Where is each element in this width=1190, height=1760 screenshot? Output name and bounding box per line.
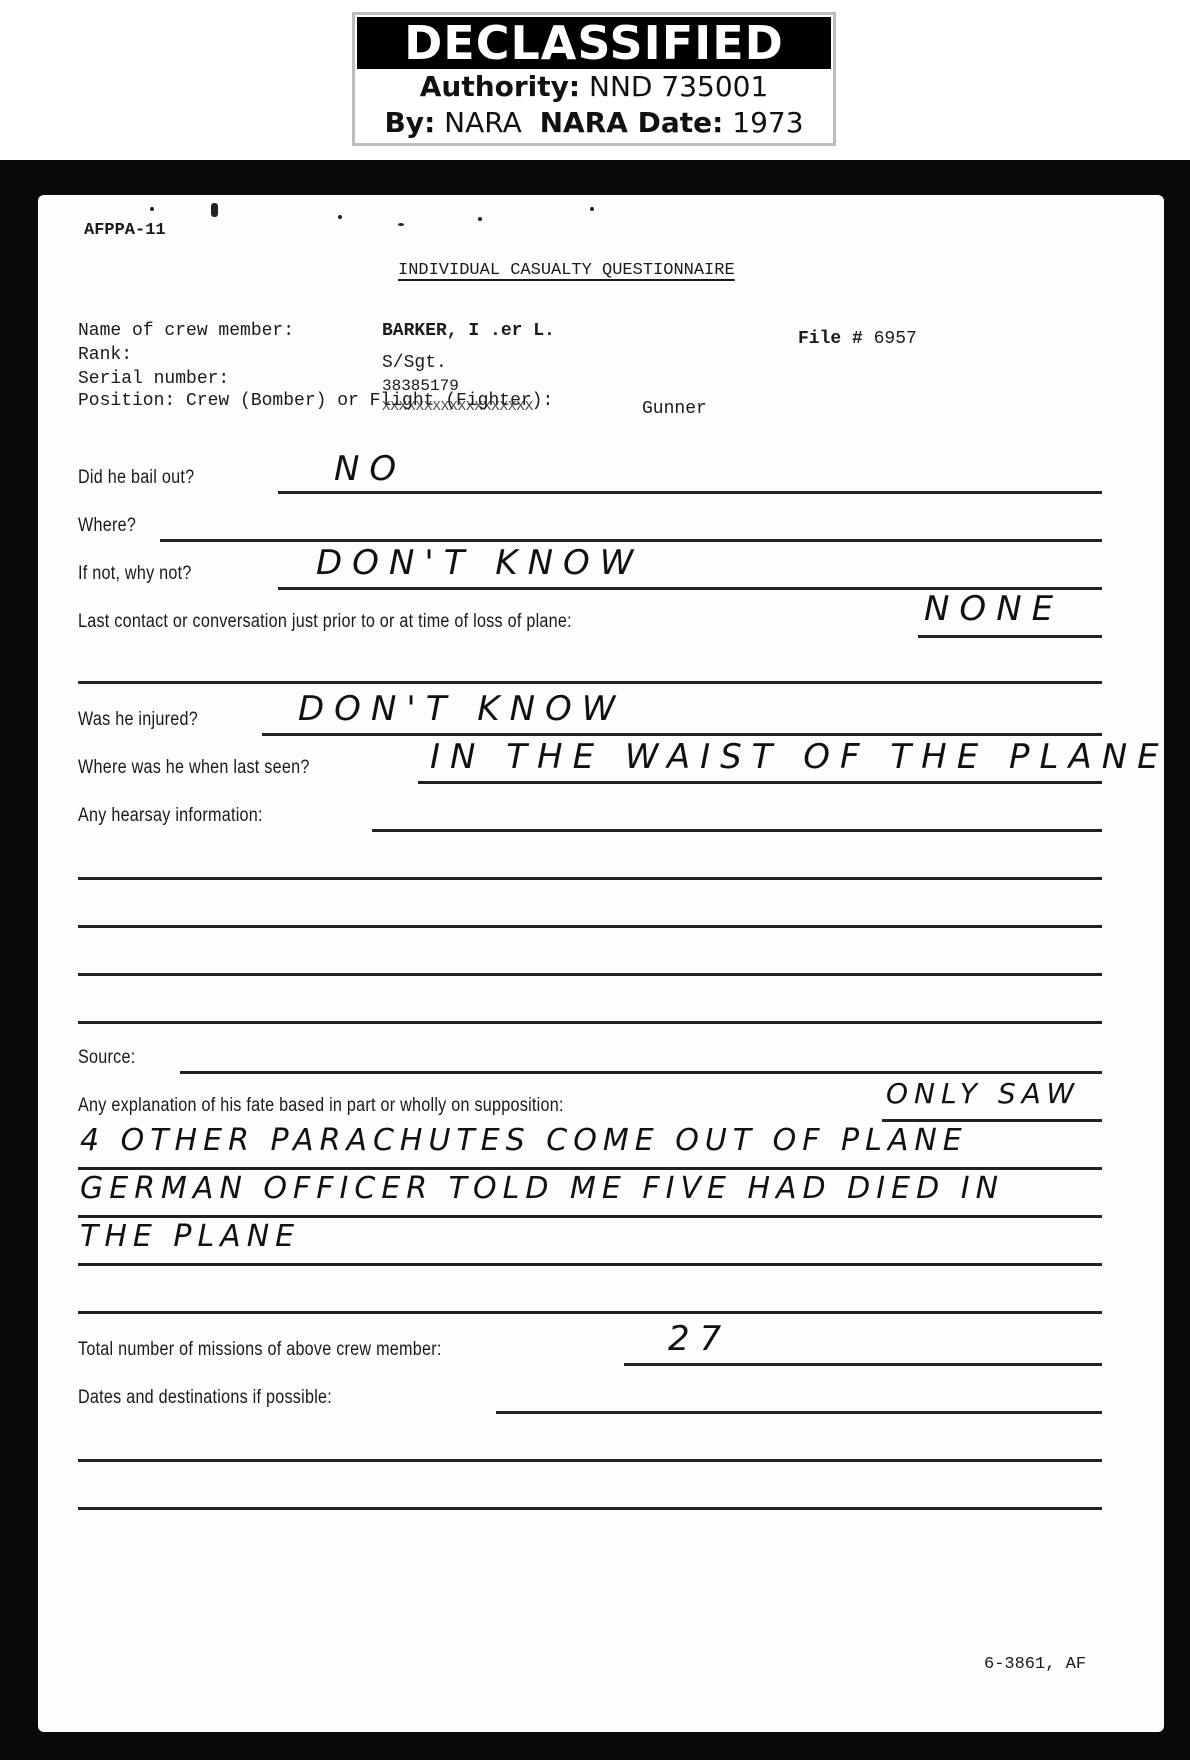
hearsay-line-5[interactable] (78, 1021, 1102, 1024)
q-where-line[interactable] (160, 539, 1102, 542)
declassified-stamp: DECLASSIFIED Authority: NND 735001 By: N… (352, 12, 836, 146)
q-missions-label: Total number of missions of above crew m… (78, 1339, 442, 1361)
q-last-contact-line-2 (78, 681, 1102, 684)
speck (398, 223, 404, 226)
q-explanation-line (882, 1119, 1102, 1122)
speck (590, 207, 594, 211)
file-number: File # 6957 (798, 329, 917, 349)
hearsay-line-4[interactable] (78, 973, 1102, 976)
form-code: AFPPA-11 (84, 221, 166, 240)
q-why-not-label: If not, why not? (78, 563, 192, 585)
hearsay-line-2[interactable] (78, 877, 1102, 880)
speck (338, 215, 342, 219)
q-last-seen-answer[interactable]: IN THE WAIST OF THE PLANE (430, 737, 1169, 777)
q-injured-label: Was he injured? (78, 709, 198, 731)
serial-label: Serial number: (78, 369, 229, 389)
q-missions-answer[interactable]: 27 (668, 1319, 731, 1359)
q-injured-line (262, 733, 1102, 736)
q-injured-answer[interactable]: DON'T KNOW (298, 689, 625, 729)
q-last-contact-label: Last contact or conversation just prior … (78, 611, 572, 633)
q-dates-line[interactable] (496, 1411, 1102, 1414)
date-label: NARA Date: (540, 106, 724, 139)
by-value: NARA (444, 106, 522, 139)
dates-line-3[interactable] (78, 1507, 1102, 1510)
by-label: By: (384, 106, 435, 139)
speck (211, 203, 218, 217)
explanation-line-1 (78, 1167, 1102, 1170)
explanation-line-2-text[interactable]: GERMAN OFFICER TOLD ME FIVE HAD DIED IN (80, 1171, 1004, 1206)
q-dates-label: Dates and destinations if possible: (78, 1387, 332, 1409)
stamp-heading: DECLASSIFIED (357, 17, 831, 69)
form-paper: AFPPA-11 INDIVIDUAL CASUALTY QUESTIONNAI… (38, 195, 1164, 1732)
q-bail-out-answer[interactable]: NO (334, 449, 406, 489)
q-bail-out-line (278, 491, 1102, 494)
q-hearsay-line[interactable] (372, 829, 1102, 832)
date-value: 1973 (732, 106, 803, 139)
name-value: BARKER, I .er L. (382, 321, 555, 341)
explanation-line-3 (78, 1263, 1102, 1266)
q-last-contact-line (918, 635, 1102, 638)
file-value: 6957 (874, 329, 917, 349)
form-title: INDIVIDUAL CASUALTY QUESTIONNAIRE (398, 261, 735, 280)
speck (150, 207, 154, 211)
q-where-label: Where? (78, 515, 136, 537)
stamp-authority: Authority: NND 735001 (355, 69, 833, 105)
file-label: File # (798, 329, 863, 349)
q-hearsay-label: Any hearsay information: (78, 805, 263, 827)
q-explanation-label: Any explanation of his fate based in par… (78, 1095, 564, 1117)
explanation-line-1-text[interactable]: 4 OTHER PARACHUTES COME OUT OF PLANE (80, 1123, 968, 1158)
speck (478, 217, 482, 221)
q-source-label: Source: (78, 1047, 135, 1069)
stamp-by: By: NARA NARA Date: 1973 (355, 105, 833, 141)
q-missions-line (624, 1363, 1102, 1366)
rank-label: Rank: (78, 345, 132, 365)
rank-value: S/Sgt. (382, 353, 447, 373)
authority-label: Authority: (420, 70, 580, 103)
q-source-line[interactable] (180, 1071, 1102, 1074)
dates-line-2[interactable] (78, 1459, 1102, 1462)
footer-code: 6-3861, AF (984, 1655, 1086, 1674)
explanation-line-2 (78, 1215, 1102, 1218)
q-last-contact-answer[interactable]: NONE (924, 589, 1063, 629)
name-label: Name of crew member: (78, 321, 294, 341)
explanation-line-3-text[interactable]: THE PLANE (80, 1219, 300, 1254)
hearsay-line-3[interactable] (78, 925, 1102, 928)
q-explanation-answer[interactable]: ONLY SAW (886, 1077, 1080, 1110)
q-last-seen-line (418, 781, 1102, 784)
authority-value: NND 735001 (589, 70, 768, 103)
q-bail-out-label: Did he bail out? (78, 467, 194, 489)
position-value: Gunner (642, 399, 707, 419)
explanation-line-4[interactable] (78, 1311, 1102, 1314)
position-strikeout: XXXXXXXXXXXXXXXXXX (382, 399, 533, 415)
q-why-not-answer[interactable]: DON'T KNOW (316, 543, 643, 583)
q-last-seen-label: Where was he when last seen? (78, 757, 310, 779)
